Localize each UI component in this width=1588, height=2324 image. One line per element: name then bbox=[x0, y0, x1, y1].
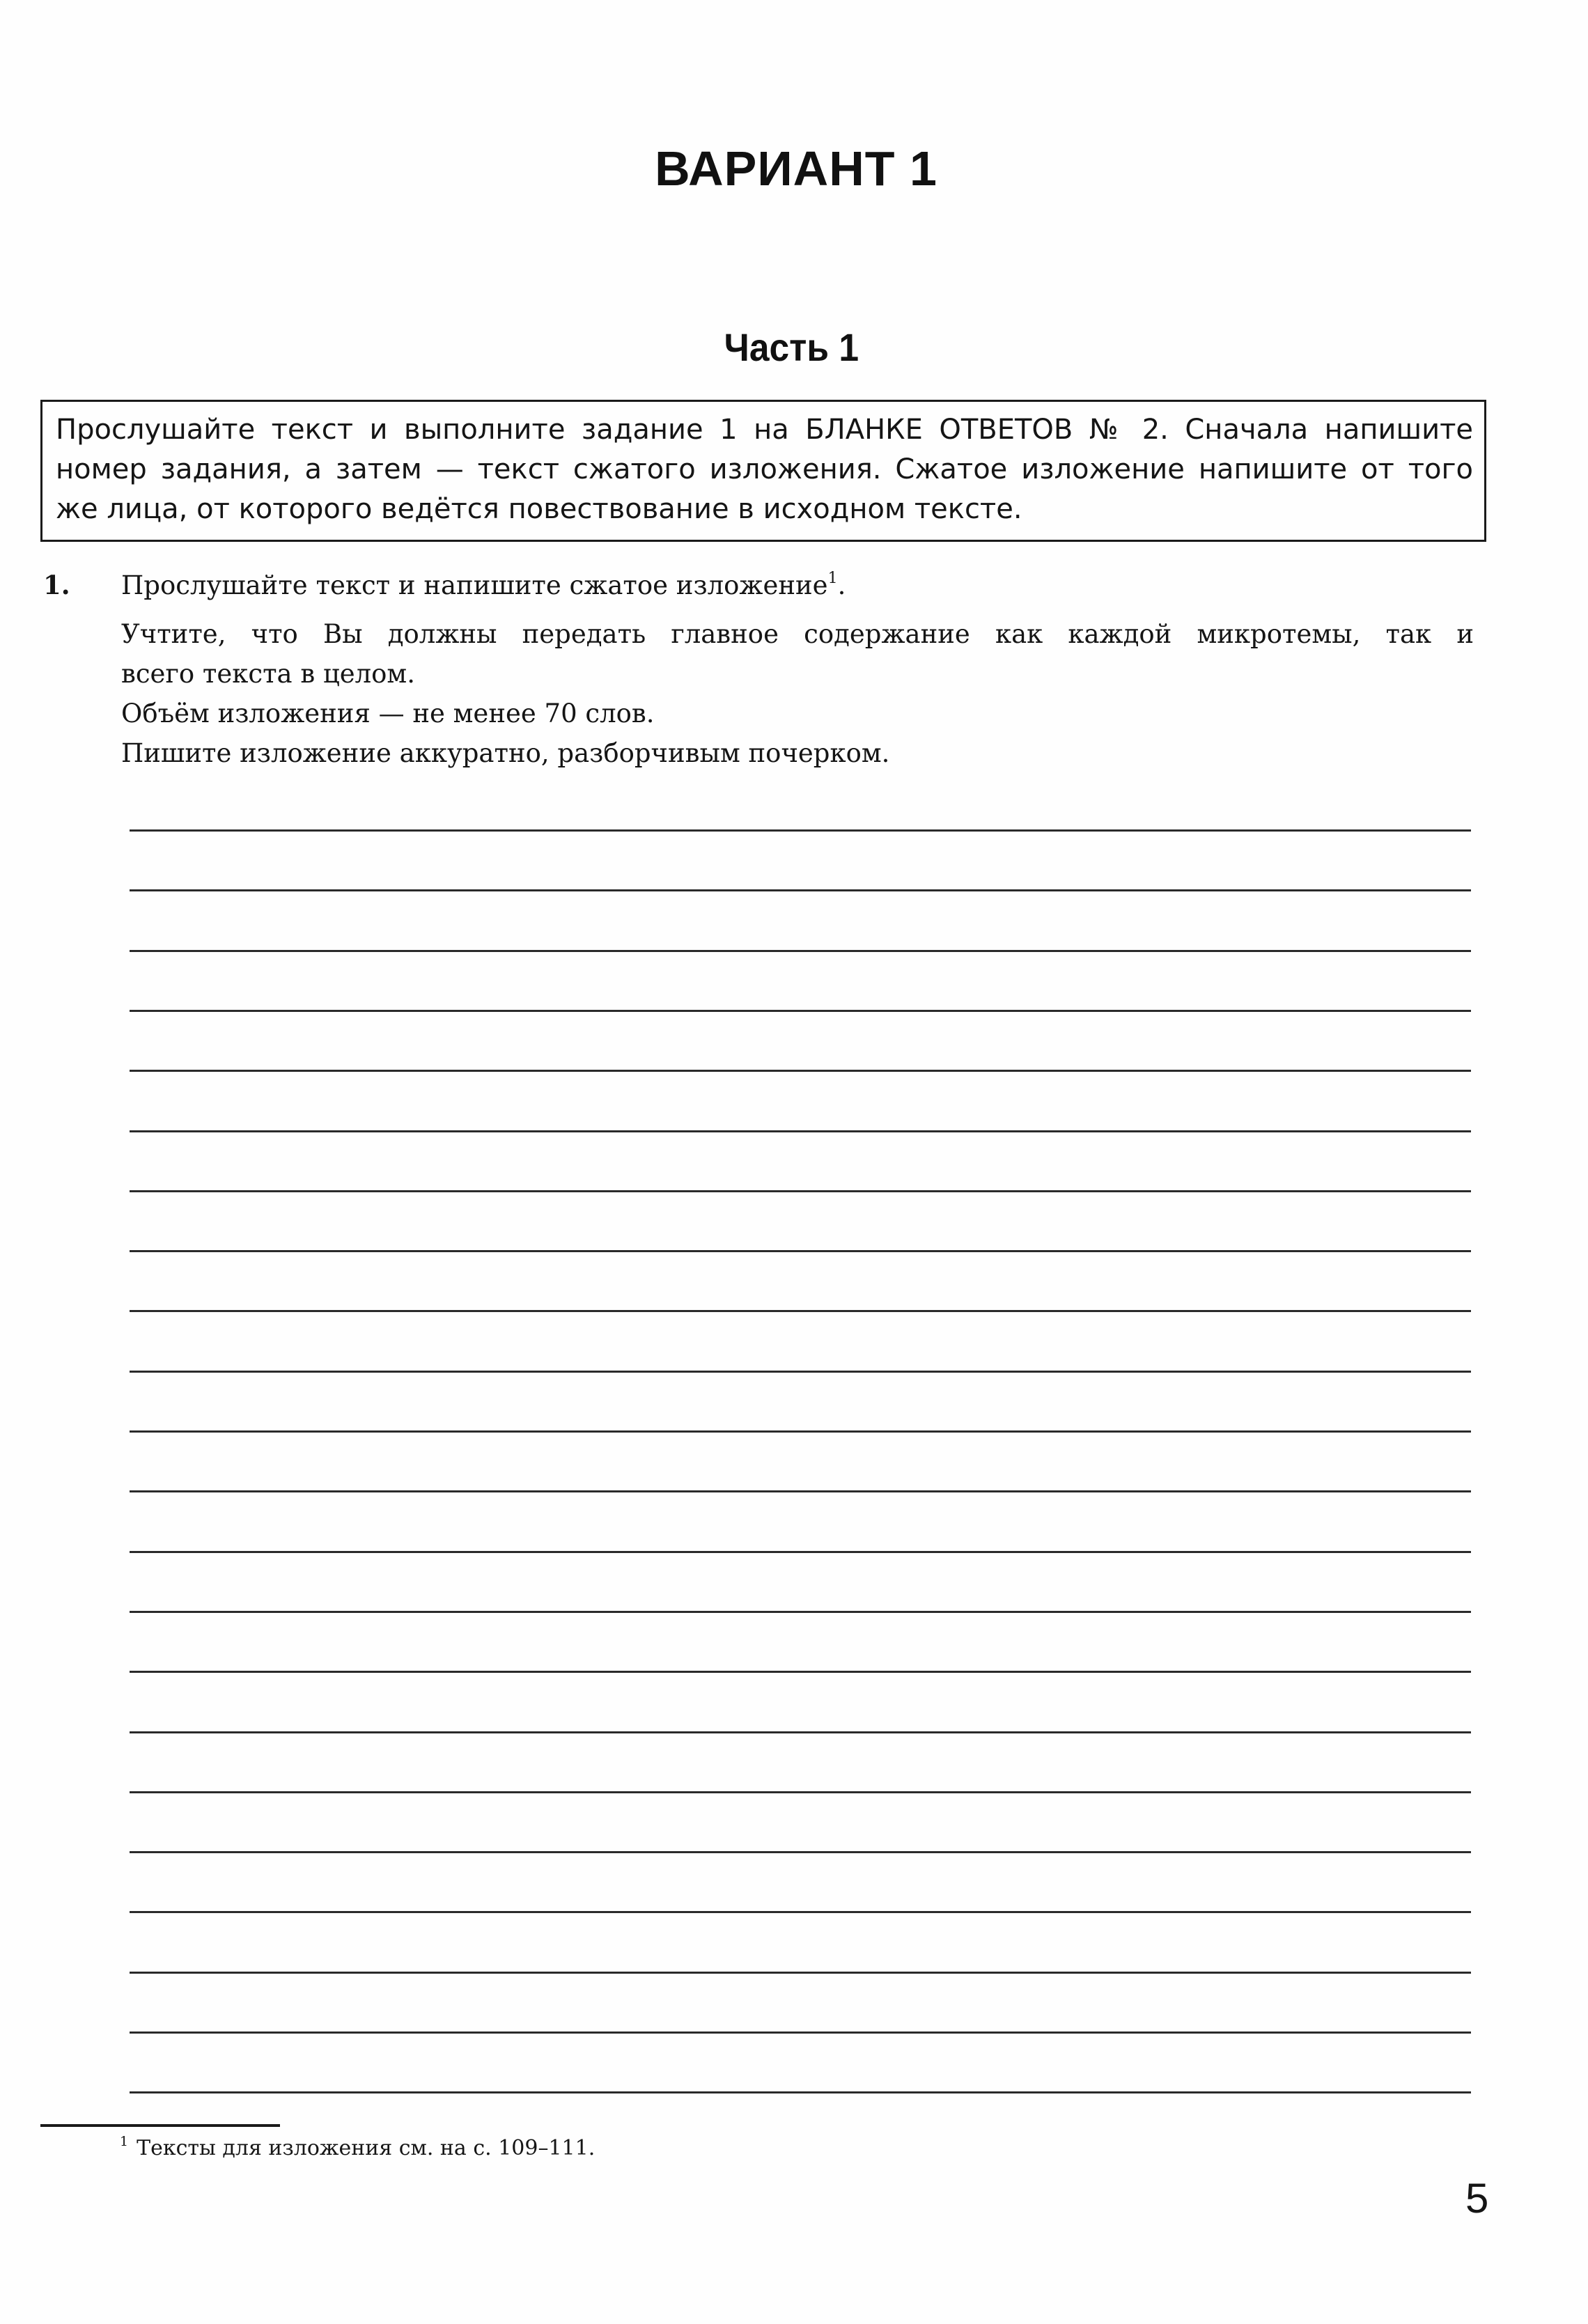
answer-line[interactable] bbox=[130, 1250, 1471, 1252]
answer-line[interactable] bbox=[130, 829, 1471, 832]
answer-line[interactable] bbox=[130, 1791, 1471, 1793]
task-prompt: Прослушайте текст и напишите сжатое изло… bbox=[121, 566, 1474, 605]
answer-line[interactable] bbox=[130, 1371, 1471, 1373]
answer-line[interactable] bbox=[130, 1851, 1471, 1853]
footnote-divider bbox=[40, 2124, 280, 2127]
answer-line[interactable] bbox=[130, 1070, 1471, 1072]
answer-line[interactable] bbox=[130, 2091, 1471, 2093]
answer-line[interactable] bbox=[130, 1130, 1471, 1132]
task-body: Прослушайте текст и напишите сжатое изло… bbox=[121, 566, 1474, 773]
task-instruction-line: Объём изложения — не менее 70 слов. bbox=[121, 694, 1474, 733]
answer-line[interactable] bbox=[130, 1310, 1471, 1312]
part-title: Часть 1 bbox=[61, 325, 1523, 371]
page-number: 5 bbox=[1465, 2176, 1488, 2222]
answer-line[interactable] bbox=[130, 1190, 1471, 1192]
answer-line[interactable] bbox=[130, 1010, 1471, 1012]
answer-line[interactable] bbox=[130, 1731, 1471, 1733]
answer-line[interactable] bbox=[130, 2031, 1471, 2034]
task-prompt-text: Прослушайте текст и напишите сжатое изло… bbox=[121, 570, 828, 600]
answer-line[interactable] bbox=[130, 1911, 1471, 1913]
task-prompt-end: . bbox=[838, 570, 846, 600]
footnote-mark: 1 bbox=[120, 2134, 128, 2149]
exam-page: ВАРИАНТ 1 Часть 1 Прослушайте текст и вы… bbox=[0, 0, 1588, 2324]
instruction-box: Прослушайте текст и выполните задание 1 … bbox=[40, 400, 1486, 542]
answer-line[interactable] bbox=[130, 1430, 1471, 1433]
answer-line[interactable] bbox=[130, 1972, 1471, 1974]
footnote-reference: 1 bbox=[828, 570, 838, 587]
task-instruction-line: Учтите, что Вы должны передать главное с… bbox=[121, 614, 1474, 654]
answer-line[interactable] bbox=[130, 1551, 1471, 1553]
answer-line[interactable] bbox=[130, 1671, 1471, 1673]
answer-line[interactable] bbox=[130, 950, 1471, 952]
instruction-line: же лица, от которого ведётся повествован… bbox=[56, 490, 1473, 529]
variant-title: ВАРИАНТ 1 bbox=[0, 139, 1588, 198]
footnote-text: Тексты для изложения см. на с. 109–111. bbox=[137, 2136, 595, 2160]
instruction-line: номер задания, а затем — текст сжатого и… bbox=[56, 450, 1473, 490]
instruction-line: Прослушайте текст и выполните задание 1 … bbox=[56, 410, 1473, 450]
answer-line[interactable] bbox=[130, 889, 1471, 891]
footnote: 1Тексты для изложения см. на с. 109–111. bbox=[120, 2135, 595, 2162]
task-number: 1. bbox=[43, 566, 70, 605]
task-instruction-line: Пишите изложение аккуратно, разборчивым … bbox=[121, 733, 1474, 773]
answer-line[interactable] bbox=[130, 1611, 1471, 1613]
task-instruction-line: всего текста в целом. bbox=[121, 654, 1474, 694]
answer-line[interactable] bbox=[130, 1490, 1471, 1492]
